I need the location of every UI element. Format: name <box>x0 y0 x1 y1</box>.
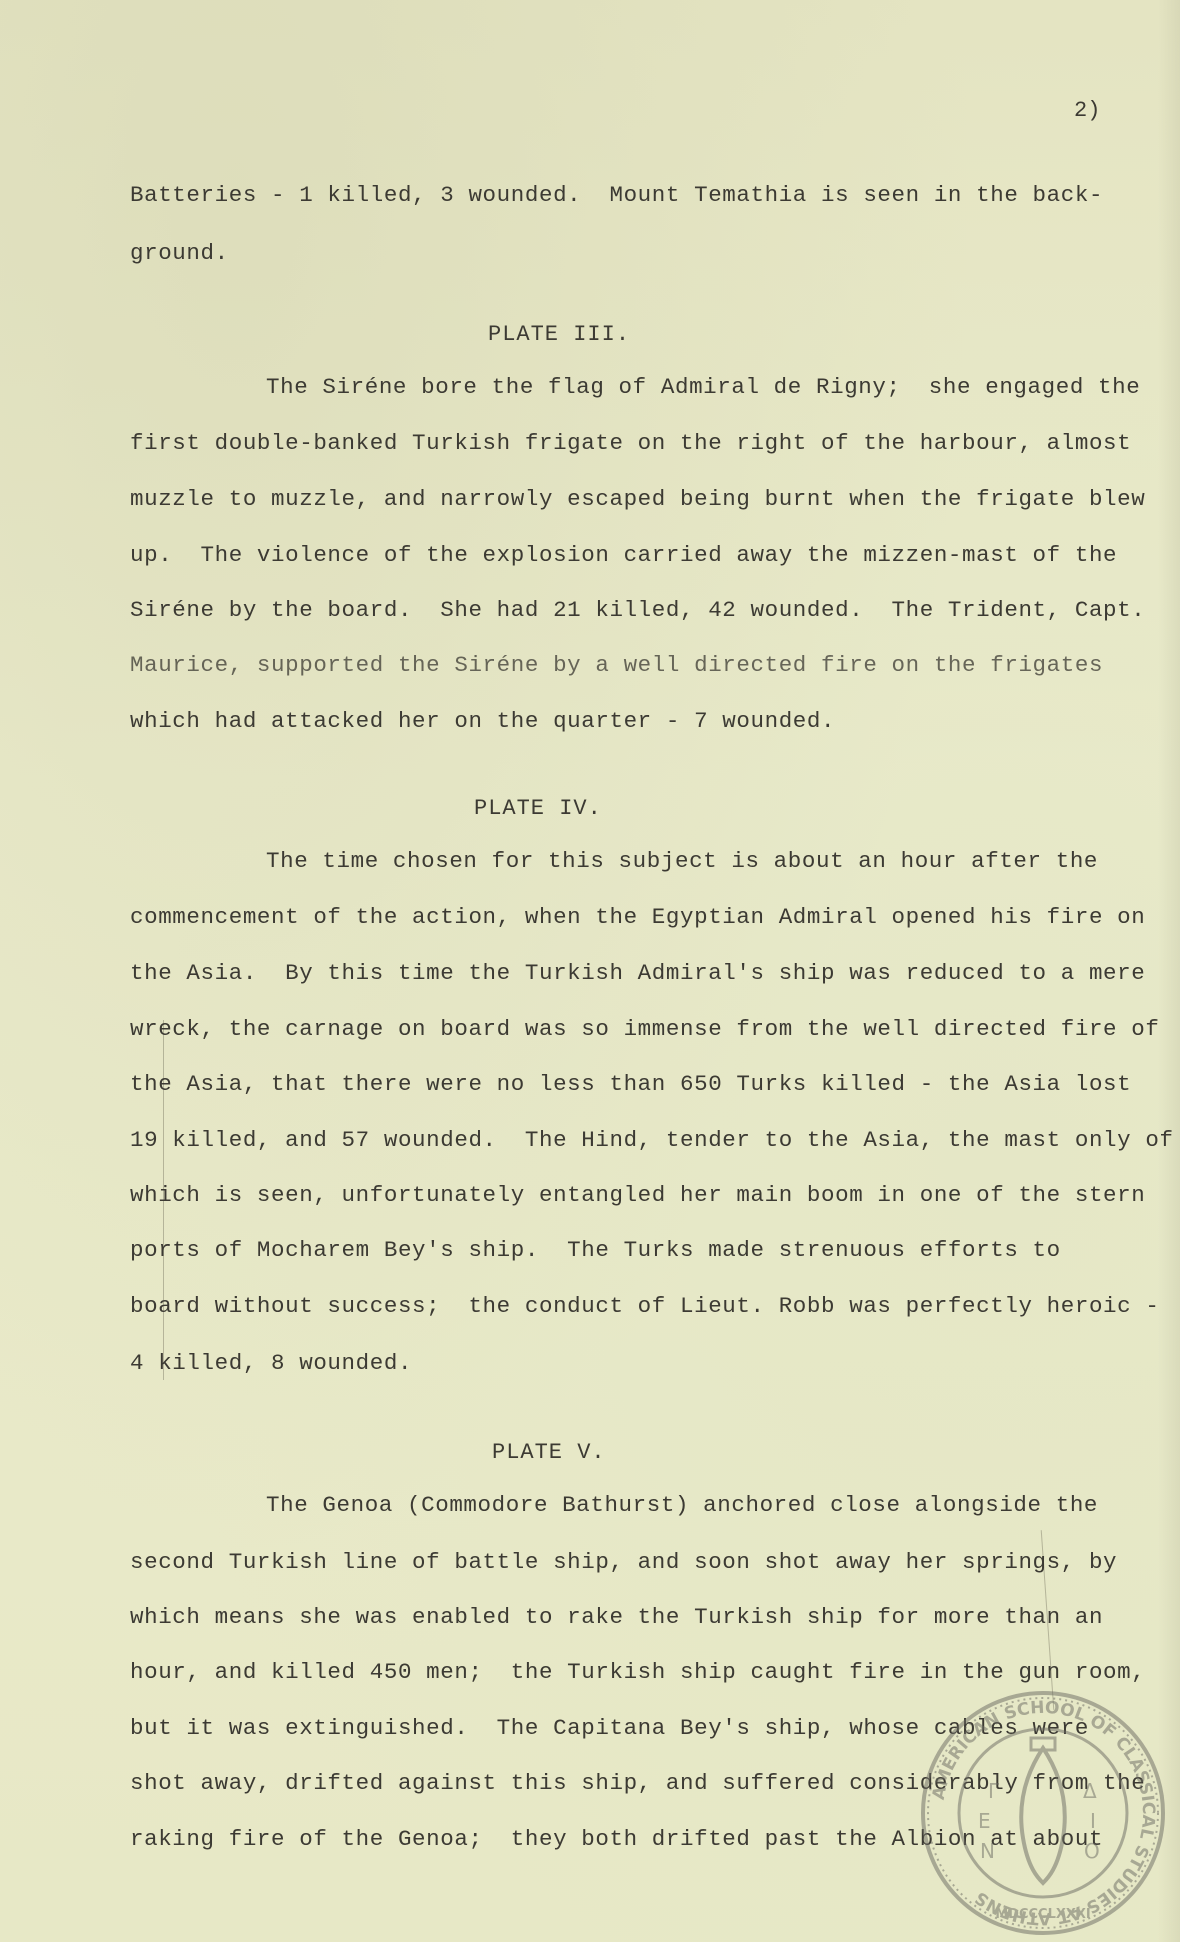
text-line: which is seen, unfortunately entangled h… <box>130 1184 1145 1207</box>
text-line: ground. <box>130 242 229 265</box>
svg-text:Ν: Ν <box>980 1839 995 1863</box>
text-line: The Genoa (Commodore Bathurst) anchored … <box>266 1494 1098 1517</box>
svg-text:Ο: Ο <box>1084 1839 1100 1863</box>
svg-text:MDCCCLXXXI: MDCCCLXXXI <box>995 1907 1091 1922</box>
text-line: wreck, the carnage on board was so immen… <box>130 1018 1159 1041</box>
text-line: the Asia, that there were no less than 6… <box>130 1073 1131 1096</box>
text-line: which means she was enabled to rake the … <box>130 1606 1103 1629</box>
text-line: which had attacked her on the quarter - … <box>130 710 835 733</box>
text-line: Siréne by the board. She had 21 killed, … <box>130 599 1145 622</box>
text-line: up. The violence of the explosion carrie… <box>130 544 1117 567</box>
page-edge-shadow <box>1158 0 1180 1942</box>
text-line: board without success; the conduct of Li… <box>130 1295 1159 1318</box>
text-line: second Turkish line of battle ship, and … <box>130 1551 1117 1574</box>
section-heading-plate-v: PLATE V. <box>492 1440 606 1465</box>
text-line: Maurice, supported the Siréne by a well … <box>130 654 1103 677</box>
text-line: first double-banked Turkish frigate on t… <box>130 432 1131 455</box>
svg-text:AMERICAN SCHOOL OF CLASSICAL S: AMERICAN SCHOOL OF CLASSICAL STUDIES AT … <box>929 1698 1158 1928</box>
svg-text:Δ: Δ <box>1083 1779 1097 1803</box>
svg-text:Γ: Γ <box>988 1779 1000 1803</box>
text-line: commencement of the action, when the Egy… <box>130 906 1145 929</box>
library-stamp-icon: AMERICAN SCHOOL OF CLASSICAL STUDIES AT … <box>918 1688 1168 1938</box>
text-line: Batteries - 1 killed, 3 wounded. Mount T… <box>130 184 1103 207</box>
svg-text:Ε: Ε <box>978 1809 991 1833</box>
page-number: 2) <box>1074 98 1100 123</box>
text-line: the Asia. By this time the Turkish Admir… <box>130 962 1145 985</box>
text-line: 19 killed, and 57 wounded. The Hind, ten… <box>130 1129 1174 1152</box>
section-heading-plate-iv: PLATE IV. <box>474 796 602 821</box>
svg-text:Ι: Ι <box>1090 1809 1096 1833</box>
section-heading-plate-iii: PLATE III. <box>488 322 630 347</box>
text-line: ports of Mocharem Bey's ship. The Turks … <box>130 1239 1061 1262</box>
text-line: The Siréne bore the flag of Admiral de R… <box>266 376 1140 399</box>
text-line: muzzle to muzzle, and narrowly escaped b… <box>130 488 1145 511</box>
text-line: The time chosen for this subject is abou… <box>266 850 1098 873</box>
text-line: 4 killed, 8 wounded. <box>130 1352 412 1375</box>
text-line: hour, and killed 450 men; the Turkish sh… <box>130 1661 1145 1684</box>
